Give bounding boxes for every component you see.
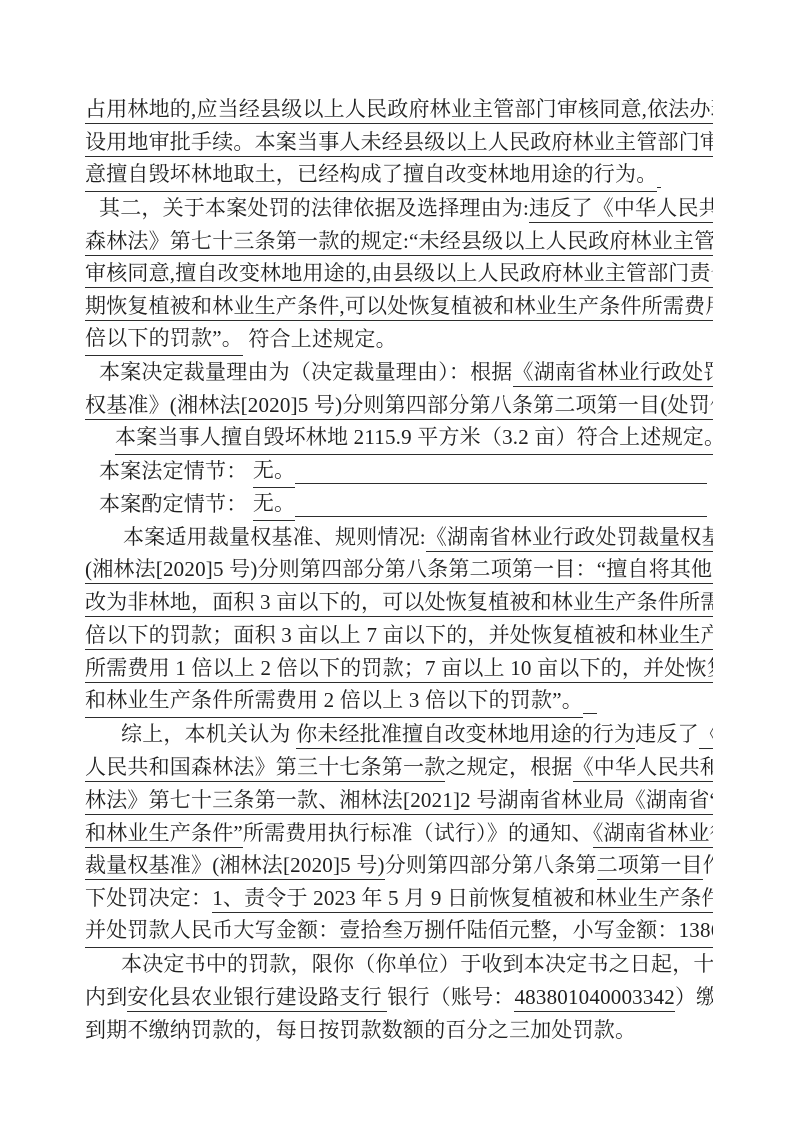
text-line: 其二，关于本案处罚的法律依据及选择理由为:违反了《中华人民共和国 xyxy=(85,192,713,225)
filled-in-text-segment: 《中华 xyxy=(699,722,713,749)
filled-in-text-segment: 和林业生产条件” xyxy=(85,821,243,848)
filled-in-text-segment: 无。 xyxy=(253,488,295,521)
text-line: 森林法》第七十三条第一款的规定:“未经县级以上人民政府林业主管部门 xyxy=(85,225,713,258)
text-line: 林法》第七十三条第一款、湘林法[2021]2 号湖南省林业局《湖南省“恢复植被 xyxy=(85,784,713,817)
printed-text-segment: 到期不缴纳罚款的，每日按罚款数额的百分之三加处罚款。 xyxy=(85,1014,636,1047)
printed-text-segment: ）缴纳。 xyxy=(675,985,713,1009)
filled-in-text-segment: 安化县农业银行建设路支行 xyxy=(127,985,387,1012)
filled-in-text-segment: 审核同意,擅自改变林地用途的,由县级以上人民政府林业主管部门责令限 xyxy=(85,261,713,288)
printed-text-segment: 下处罚决定： xyxy=(85,886,212,910)
printed-text-segment: 违反了 xyxy=(635,722,699,746)
text-line: 和林业生产条件”所需费用执行标准（试行）》的通知、《湖南省林业行政处罚 xyxy=(85,817,713,850)
text-line: 本案当事人擅自毁坏林地 2115.9 平方米（3.2 亩）符合上述规定。 xyxy=(85,422,713,455)
text-line: 和林业生产条件所需费用 2 倍以上 3 倍以下的罚款”。 xyxy=(85,685,713,718)
printed-text-segment: 分则第四部分第八条第 xyxy=(385,853,597,877)
text-line: 所需费用 1 倍以上 2 倍以下的罚款；7 亩以上 10 亩以下的，并处恢复植被 xyxy=(85,652,713,685)
text-line: 占用林地的,应当经县级以上人民政府林业主管部门审核同意,依法办理建 xyxy=(85,93,713,126)
printed-text-segment: 本决定书中的罚款，限你（你单位）于收到本决定书之日起，十五日 xyxy=(121,952,713,976)
text-line: 意擅自毁坏林地取土，已经构成了擅自改变林地用途的行为。 xyxy=(85,159,713,192)
filled-in-text-segment: 1、责令于 2023 年 5 月 9 日前恢复植被和林业生产条件；2、 xyxy=(212,886,713,913)
text-line: 裁量权基准》(湘林法[2020]5 号)分则第四部分第八条第二项第一目作出如 xyxy=(85,849,713,882)
filled-in-text-segment: 《湖南省林业行政处罚 xyxy=(593,821,713,848)
text-line: 改为非林地，面积 3 亩以下的，可以处恢复植被和林业生产条件所需费用 1 xyxy=(85,586,713,619)
text-line: 下处罚决定：1、责令于 2023 年 5 月 9 日前恢复植被和林业生产条件；2… xyxy=(85,882,713,915)
printed-text-segment: 符合上述规定。 xyxy=(243,323,397,356)
printed-text-segment: 作出如 xyxy=(703,853,713,877)
filled-in-text-segment: 《湖南省林业行政处罚裁量 xyxy=(513,360,714,387)
printed-text-segment: 银行（账号： xyxy=(387,985,514,1009)
filled-in-text-segment: (湘林法[2020]5 号)分则第四部分第八条第二项第一目：“擅自将其他林地 xyxy=(85,557,713,584)
filled-in-text-segment: 倍以下的罚款；面积 3 亩以上 7 亩以下的，并处恢复植被和林业生产条件 xyxy=(85,623,713,650)
filled-in-text-segment: 人民共和国森林法》第三十七条第一款 xyxy=(85,755,445,782)
filled-in-text-segment: 所需费用 1 倍以上 2 倍以下的罚款；7 亩以上 10 亩以下的，并处恢复植被 xyxy=(85,656,713,683)
filled-in-text-segment: 并处罚款人民币大写金额：壹拾叁万捌仟陆佰元整，小写金额：138600 元。 xyxy=(85,915,713,948)
printed-text-segment: 之规定，根据 xyxy=(445,755,572,779)
printed-text-segment: 本案法定情节： xyxy=(99,455,253,488)
filled-in-text-segment: 483801040003342 xyxy=(514,985,675,1012)
filled-in-text-segment: 改为非林地，面积 3 亩以下的，可以处恢复植被和林业生产条件所需费用 1 xyxy=(85,590,713,617)
blank-underline xyxy=(295,483,707,484)
printed-text-segment: 其二，关于本案处罚的法律依据及选择理由为: xyxy=(99,196,529,220)
printed-text-segment: 综上，本机关认为 xyxy=(121,722,296,746)
printed-text-segment: 本案决定裁量理由为（决定裁量理由）：根据 xyxy=(99,360,513,384)
filled-in-text-segment: 森林法》第七十三条第一款的规定:“未经县级以上人民政府林业主管部门 xyxy=(85,229,713,256)
blank-underline xyxy=(295,516,707,517)
text-line: 本案酌定情节： 无。 xyxy=(85,488,713,521)
filled-in-text-segment: 无。 xyxy=(253,455,295,488)
filled-in-text-segment: 设用地审批手续。本案当事人未经县级以上人民政府林业主管部门审核同 xyxy=(85,130,713,157)
text-line: 权基准》(湘林法[2020]5 号)分则第四部分第八条第二项第一目(处罚依据) xyxy=(85,389,713,422)
text-line: 内到安化县农业银行建设路支行 银行（账号：483801040003342）缴纳。 xyxy=(85,981,713,1014)
text-line: 本案适用裁量权基准、规则情况:《湖南省林业行政处罚裁量权基准》 xyxy=(85,521,713,554)
text-line: 人民共和国森林法》第三十七条第一款之规定，根据《中华人民共和国森 xyxy=(85,751,713,784)
blank-underline xyxy=(583,713,597,714)
text-line: 到期不缴纳罚款的，每日按罚款数额的百分之三加处罚款。 xyxy=(85,1014,713,1047)
scanned-page: 占用林地的,应当经县级以上人民政府林业主管部门审核同意,依法办理建设用地审批手续… xyxy=(0,0,793,1122)
text-line: 本案法定情节： 无。 xyxy=(85,455,713,488)
printed-text-segment: 本案适用裁量权基准、规则情况: xyxy=(123,525,426,549)
blank-underline xyxy=(657,187,661,188)
filled-in-text-segment: 本案当事人擅自毁坏林地 2115.9 平方米（3.2 亩）符合上述规定。 xyxy=(115,422,713,455)
filled-in-text-segment: 《中华人民共和国森 xyxy=(573,755,713,782)
filled-in-text-segment: 《湖南省林业行政处罚裁量权基准》 xyxy=(426,525,713,552)
text-line: 审核同意,擅自改变林地用途的,由县级以上人民政府林业主管部门责令限 xyxy=(85,257,713,290)
filled-in-text-segment: 权基准》(湘林法[2020]5 号)分则第四部分第八条第二项第一目(处罚依据) xyxy=(85,393,713,420)
document-body: 占用林地的,应当经县级以上人民政府林业主管部门审核同意,依法办理建设用地审批手续… xyxy=(85,93,713,1047)
text-line: 并处罚款人民币大写金额：壹拾叁万捌仟陆佰元整，小写金额：138600 元。 xyxy=(85,915,713,948)
filled-in-text-segment: 意擅自毁坏林地取土，已经构成了擅自改变林地用途的行为。 xyxy=(85,159,657,192)
filled-in-text-segment: 占用林地的,应当经县级以上人民政府林业主管部门审核同意,依法办理建 xyxy=(85,97,713,124)
text-line: 综上，本机关认为 你未经批准擅自改变林地用途的行为违反了《中华 xyxy=(85,718,713,751)
text-line: 设用地审批手续。本案当事人未经县级以上人民政府林业主管部门审核同 xyxy=(85,126,713,159)
text-line: 倍以下的罚款”。 符合上述规定。 xyxy=(85,323,713,356)
filled-in-text-segment: 倍以下的罚款”。 xyxy=(85,323,243,356)
text-line: 本案决定裁量理由为（决定裁量理由）：根据《湖南省林业行政处罚裁量 xyxy=(85,356,713,389)
filled-in-text-segment: 你未经批准擅自改变林地用途的行为 xyxy=(296,722,635,749)
filled-in-text-segment: 和林业生产条件所需费用 2 倍以上 3 倍以下的罚款”。 xyxy=(85,685,583,718)
printed-text-segment: 内到 xyxy=(85,985,127,1009)
filled-in-text-segment: 期恢复植被和林业生产条件,可以处恢复植被和林业生产条件所需费用三 xyxy=(85,294,713,321)
text-line: 本决定书中的罚款，限你（你单位）于收到本决定书之日起，十五日 xyxy=(85,948,713,981)
text-line: 期恢复植被和林业生产条件,可以处恢复植被和林业生产条件所需费用三 xyxy=(85,290,713,323)
filled-in-text-segment: 违反了《中华人民共和国 xyxy=(529,196,713,223)
text-line: 倍以下的罚款；面积 3 亩以上 7 亩以下的，并处恢复植被和林业生产条件 xyxy=(85,619,713,652)
filled-in-text-segment: 裁量权基准》(湘林法[2020]5 号) xyxy=(85,853,385,880)
printed-text-segment: 本案酌定情节： xyxy=(99,488,253,521)
filled-in-text-segment: 林法》第七十三条第一款、湘林法[2021]2 号湖南省林业局《湖南省“恢复植被 xyxy=(85,788,713,815)
text-line: (湘林法[2020]5 号)分则第四部分第八条第二项第一目：“擅自将其他林地 xyxy=(85,553,713,586)
printed-text-segment: 所需费用执行标准（试行）》的通知、 xyxy=(243,821,593,845)
filled-in-text-segment: 二项第一目 xyxy=(597,853,703,880)
